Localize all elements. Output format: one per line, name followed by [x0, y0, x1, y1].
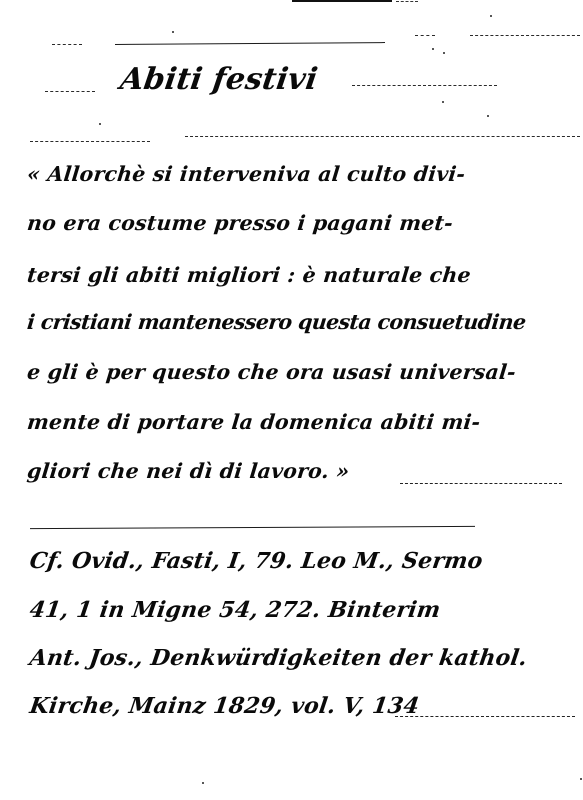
reference-line-3: Ant. Jos., Denkwürdigkeiten der kathol. — [28, 645, 529, 671]
index-card: Abiti festivi « Allorchè si interveniva … — [0, 0, 583, 800]
speck — [432, 48, 434, 50]
speck — [99, 123, 101, 125]
top-rule-dash — [396, 1, 418, 3]
quote-line-4: i cristiani mantenessero questa consuetu… — [26, 310, 527, 334]
guide-line — [30, 141, 150, 142]
guide-line — [352, 85, 497, 86]
reference-line-1: Cf. Ovid., Fasti, I, 79. Leo M., Sermo — [28, 548, 484, 574]
speck — [442, 101, 444, 103]
guide-line — [45, 91, 95, 92]
guide-line — [52, 44, 82, 45]
quote-line-3: tersi gli abiti migliori : è naturale ch… — [26, 263, 472, 287]
speck — [202, 782, 204, 784]
reference-line-2: 41, 1 in Migne 54, 272. Binterim — [28, 597, 442, 623]
speck — [487, 115, 489, 117]
reference-line-4: Kirche, Mainz 1829, vol. V, 134 — [28, 693, 421, 719]
speck — [580, 778, 582, 780]
quote-line-1: « Allorchè si interveniva al culto divi- — [26, 162, 466, 186]
speck — [443, 52, 445, 54]
speck — [172, 31, 174, 33]
guide-line — [185, 136, 580, 137]
quote-line-6: mente di portare la domenica abiti mi- — [26, 410, 482, 434]
card-title: Abiti festivi — [118, 62, 320, 97]
guide-line — [470, 35, 580, 36]
quote-line-5: e gli è per questo che ora usasi univers… — [26, 360, 517, 384]
guide-line — [415, 35, 435, 36]
guide-line — [400, 483, 562, 484]
guide-line — [395, 716, 575, 717]
quote-line-2: no era costume presso i pagani met- — [26, 211, 454, 235]
guide-line — [115, 42, 385, 45]
speck — [490, 15, 492, 17]
top-rule — [292, 0, 392, 2]
quote-line-7: gliori che nei dì di lavoro. » — [26, 459, 351, 483]
separator-line — [30, 526, 475, 529]
